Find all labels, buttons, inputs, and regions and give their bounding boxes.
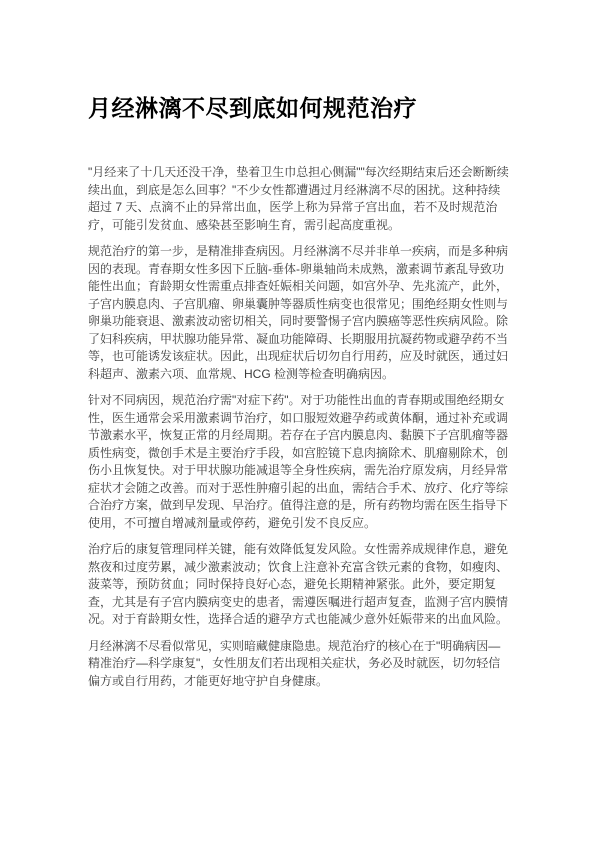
- document-page: 月经淋漓不尽到底如何规范治疗 "月经来了十几天还没干净，垫着卫生巾总担心侧漏""…: [0, 0, 595, 842]
- article-body: "月经来了十几天还没干净，垫着卫生巾总担心侧漏""每次经期结束后还会断断续续出血…: [88, 164, 510, 690]
- article-paragraph: "月经来了十几天还没干净，垫着卫生巾总担心侧漏""每次经期结束后还会断断续续出血…: [88, 164, 510, 234]
- article-paragraph: 治疗后的康复管理同样关键，能有效降低复发风险。女性需养成规律作息，避免熬夜和过度…: [88, 541, 510, 629]
- article-paragraph: 针对不同病因，规范治疗需"对症下药"。对于功能性出血的青春期或围绝经期女性，医生…: [88, 392, 510, 532]
- article-paragraph: 月经淋漓不尽看似常见，实则暗藏健康隐患。规范治疗的核心在于"明确病因—精准治疗—…: [88, 638, 510, 691]
- article-paragraph: 规范治疗的第一步，是精准排查病因。月经淋漓不尽并非单一疾病，而是多种病因的表现。…: [88, 243, 510, 383]
- article-title: 月经淋漓不尽到底如何规范治疗: [88, 93, 510, 123]
